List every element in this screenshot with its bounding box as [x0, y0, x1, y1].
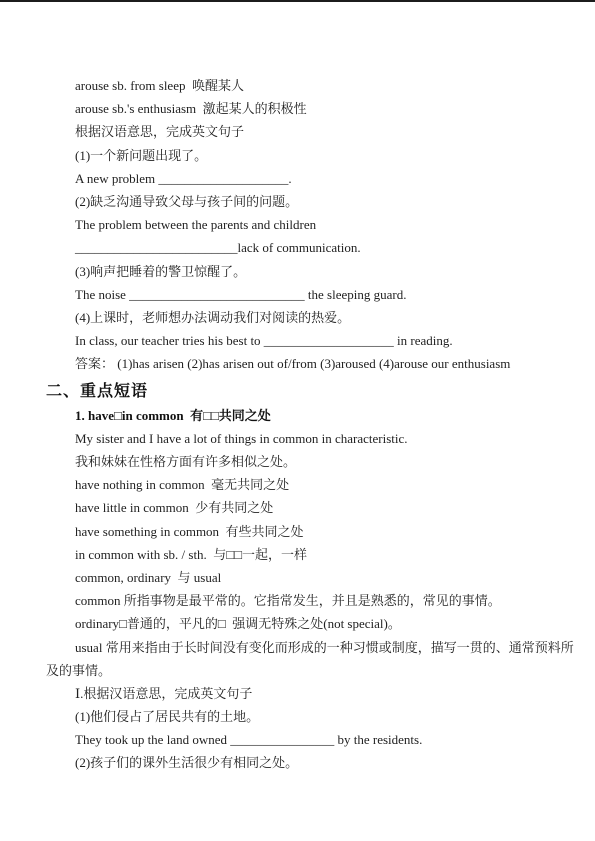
document-page: arouse sb. from sleep 唤醒某人 arouse sb.'s … — [0, 0, 595, 841]
phrase-have-nothing: have nothing in common 毫无共同之处 — [75, 473, 566, 496]
exercise-1-sentence: A new problem ____________________. — [75, 167, 566, 190]
explain-usual-line2: 及的事情。 — [46, 659, 566, 682]
phrase-in-common-with: in common with sb. / sth. 与□□一起，一样 — [75, 543, 566, 566]
exercise2-2-prompt: (2)孩子们的课外生活很少有相同之处。 — [75, 751, 566, 774]
exercise2-1-sentence: They took up the land owned ____________… — [75, 728, 566, 751]
exercise-3-prompt: (3)响声把睡着的警卫惊醒了。 — [75, 260, 566, 283]
compare-words-line: common, ordinary 与 usual — [75, 566, 566, 589]
explain-usual-line1: usual 常用来指由于长时间没有变化而形成的一种习惯或制度，描写一贯的、通常预… — [75, 636, 566, 659]
top-border-line — [0, 0, 595, 2]
section-heading: 二、重点短语 — [46, 380, 566, 403]
exercise-4-prompt: (4)上课时，老师想办法调动我们对阅读的热爱。 — [75, 306, 566, 329]
phrase-have-something: have something in common 有些共同之处 — [75, 520, 566, 543]
exercise-4-sentence: In class, our teacher tries his best to … — [75, 329, 566, 352]
exercise-2-sentence-part1: The problem between the parents and chil… — [75, 213, 566, 236]
phrase-entry-heading: 1. have□in common 有□□共同之处 — [75, 404, 566, 427]
exercise-section-instruction: Ⅰ.根据汉语意思，完成英文句子 — [75, 682, 566, 705]
exercise-1-prompt: (1)一个新问题出现了。 — [75, 144, 566, 167]
exercise-2-sentence-part2: _________________________lack of communi… — [75, 236, 566, 259]
example-sentence-zh: 我和妹妹在性格方面有许多相似之处。 — [75, 450, 566, 473]
answers-line: 答案： (1)has arisen (2)has arisen out of/f… — [75, 352, 566, 375]
explain-common-line: common 所指事物是最平常的。它指常发生，并且是熟悉的，常见的事情。 — [75, 589, 566, 612]
phrase-arouse-enthusiasm: arouse sb.'s enthusiasm 激起某人的积极性 — [75, 97, 566, 120]
exercise-2-prompt: (2)缺乏沟通导致父母与孩子间的问题。 — [75, 190, 566, 213]
example-sentence-en: My sister and I have a lot of things in … — [75, 427, 566, 450]
phrase-have-little: have little in common 少有共同之处 — [75, 496, 566, 519]
exercise-instruction: 根据汉语意思，完成英文句子 — [75, 120, 566, 143]
phrase-arouse-from-sleep: arouse sb. from sleep 唤醒某人 — [75, 74, 566, 97]
document-content: arouse sb. from sleep 唤醒某人 arouse sb.'s … — [46, 74, 566, 775]
exercise-3-sentence: The noise ___________________________ th… — [75, 283, 566, 306]
explain-ordinary-line: ordinary□普通的，平凡的□ 强调无特殊之处(not special)。 — [75, 612, 566, 635]
exercise2-1-prompt: (1)他们侵占了居民共有的土地。 — [75, 705, 566, 728]
